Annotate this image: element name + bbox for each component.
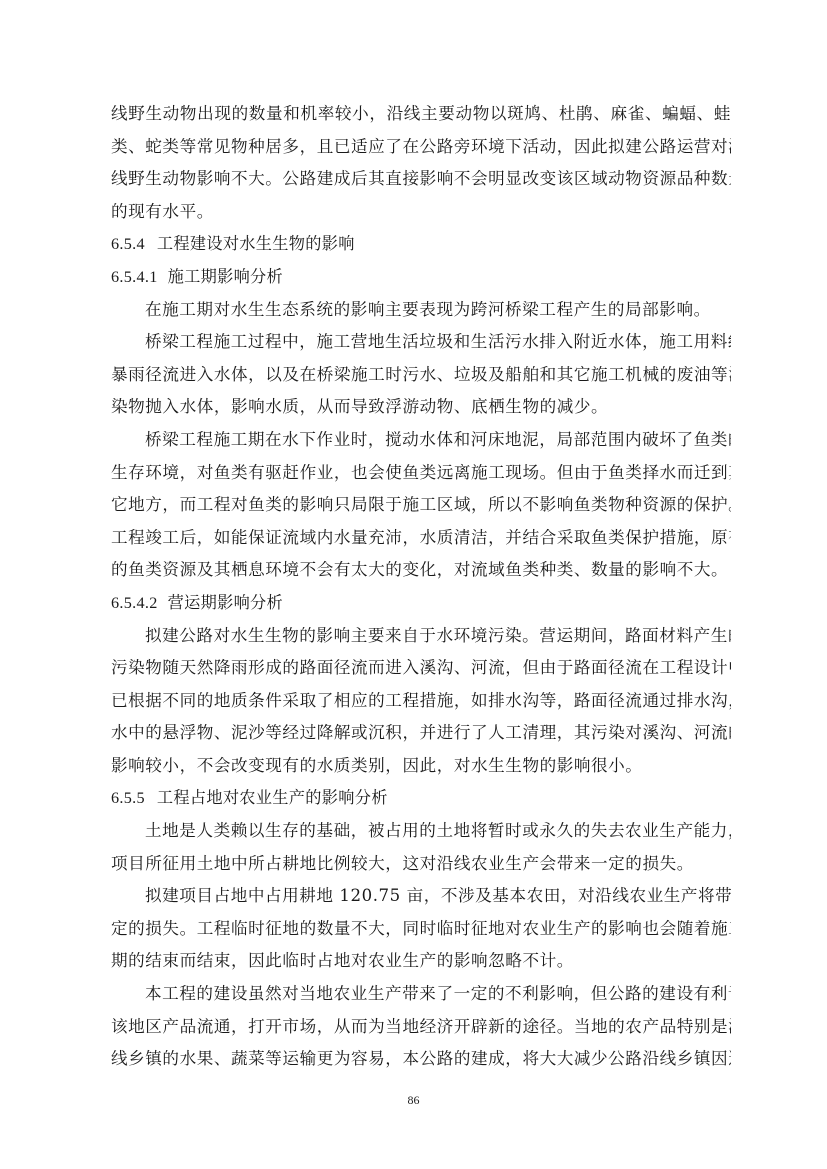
text-line: 类、蛇类等常见物种居多，且已适应了在公路旁环境下活动，因此拟建公路运营对沿 (111, 131, 731, 164)
text-line: 桥梁工程施工过程中，施工营地生活垃圾和生活污水排入附近水体，施工用料经 (111, 326, 731, 359)
text-line: 已根据不同的地质条件采取了相应的工程措施，如排水沟等，路面径流通过排水沟， (111, 685, 731, 718)
section-title: 施工期影响分析 (168, 267, 283, 286)
section-heading-6-5-4-2: 6.5.4.2营运期影响分析 (111, 587, 731, 620)
section-title: 营运期影响分析 (168, 593, 283, 612)
text-line: 染物抛入水体，影响水质，从而导致浮游动物、底栖生物的减少。 (111, 391, 731, 424)
text-line: 项目所征用土地中所占耕地比例较大，这对沿线农业生产会带来一定的损失。 (111, 848, 731, 881)
text-line: 本工程的建设虽然对当地农业生产带来了一定的不利影响，但公路的建设有利于 (111, 978, 731, 1011)
text-line: 污染物随天然降雨形成的路面径流而进入溪沟、河流，但由于路面径流在工程设计中 (111, 652, 731, 685)
paragraph-farmland-occupied: 拟建项目占地中占用耕地 120.75 亩，不涉及基本农田，对沿线农业生产将带来一… (111, 880, 731, 978)
text-line: 在施工期对水生生态系统的影响主要表现为跨河桥梁工程产生的局部影响。 (111, 294, 731, 327)
text-line: 桥梁工程施工期在水下作业时，搅动水体和河床地泥，局部范围内破坏了鱼类的 (111, 424, 731, 457)
text-line: 定的损失。工程临时征地的数量不大，同时临时征地对农业生产的影响也会随着施工 (111, 913, 731, 946)
section-heading-6-5-4: 6.5.4工程建设对水生生物的影响 (111, 228, 731, 261)
section-number: 6.5.5 (111, 789, 145, 807)
text-line: 生存环境，对鱼类有驱赶作业，也会使鱼类远离施工现场。但由于鱼类择水而迁到其 (111, 457, 731, 490)
section-heading-6-5-5: 6.5.5工程占地对农业生产的影响分析 (111, 782, 731, 815)
text-line: 线野生动物影响不大。公路建成后其直接影响不会明显改变该区域动物资源品种数量 (111, 163, 731, 196)
text-line: 影响较小，不会改变现有的水质类别，因此，对水生生物的影响很小。 (111, 750, 731, 783)
paragraph-operation-impact: 拟建公路对水生生物的影响主要来自于水环境污染。营运期间，路面材料产生的 污染物随… (111, 620, 731, 783)
section-title: 工程占地对农业生产的影响分析 (157, 788, 388, 807)
section-number: 6.5.4 (111, 235, 145, 253)
document-page: 线野生动物出现的数量和机率较小，沿线主要动物以斑鸠、杜鹃、麻雀、蝙蝠、蛙 类、蛇… (0, 0, 827, 1169)
text-line: 的现有水平。 (111, 196, 731, 229)
paragraph-wildlife-continued: 线野生动物出现的数量和机率较小，沿线主要动物以斑鸠、杜鹃、麻雀、蝙蝠、蛙 类、蛇… (111, 98, 731, 228)
paragraph-construction-overview: 在施工期对水生生态系统的影响主要表现为跨河桥梁工程产生的局部影响。 (111, 294, 731, 327)
section-heading-6-5-4-1: 6.5.4.1施工期影响分析 (111, 261, 731, 294)
section-title: 工程建设对水生生物的影响 (157, 234, 355, 253)
text-line: 水中的悬浮物、泥沙等经过降解或沉积，并进行了人工清理，其污染对溪沟、河流的 (111, 717, 731, 750)
text-line: 它地方，而工程对鱼类的影响只局限于施工区域，所以不影响鱼类物种资源的保护。 (111, 489, 731, 522)
paragraph-bridge-pollution: 桥梁工程施工过程中，施工营地生活垃圾和生活污水排入附近水体，施工用料经 暴雨径流… (111, 326, 731, 424)
text-line: 拟建项目占地中占用耕地 120.75 亩，不涉及基本农田，对沿线农业生产将带来一 (111, 880, 731, 913)
text-line: 土地是人类赖以生存的基础，被占用的土地将暂时或永久的失去农业生产能力， (111, 815, 731, 848)
text-line: 拟建公路对水生生物的影响主要来自于水环境污染。营运期间，路面材料产生的 (111, 620, 731, 653)
section-number: 6.5.4.1 (111, 268, 158, 286)
text-line: 工程竣工后，如能保证流域内水量充沛，水质清洁，并结合采取鱼类保护措施，原有 (111, 522, 731, 555)
text-line: 线乡镇的水果、蔬菜等运输更为容易，本公路的建成，将大大减少公路沿线乡镇因运 (111, 1043, 731, 1076)
page-body: 线野生动物出现的数量和机率较小，沿线主要动物以斑鸠、杜鹃、麻雀、蝙蝠、蛙 类、蛇… (111, 98, 731, 1076)
paragraph-fish-impact: 桥梁工程施工期在水下作业时，搅动水体和河床地泥，局部范围内破坏了鱼类的 生存环境… (111, 424, 731, 587)
text-line: 的鱼类资源及其栖息环境不会有太大的变化，对流域鱼类种类、数量的影响不大。 (111, 554, 731, 587)
text-line: 该地区产品流通，打开市场，从而为当地经济开辟新的途径。当地的农产品特别是沿 (111, 1011, 731, 1044)
text-line: 线野生动物出现的数量和机率较小，沿线主要动物以斑鸠、杜鹃、麻雀、蝙蝠、蛙 (111, 98, 731, 131)
section-number: 6.5.4.2 (111, 594, 158, 612)
text-line: 暴雨径流进入水体，以及在桥梁施工时污水、垃圾及船舶和其它施工机械的废油等污 (111, 359, 731, 392)
paragraph-land-basis: 土地是人类赖以生存的基础，被占用的土地将暂时或永久的失去农业生产能力， 项目所征… (111, 815, 731, 880)
page-number: 86 (0, 1093, 827, 1108)
paragraph-economic-benefit: 本工程的建设虽然对当地农业生产带来了一定的不利影响，但公路的建设有利于 该地区产… (111, 978, 731, 1076)
text-line: 期的结束而结束，因此临时占地对农业生产的影响忽略不计。 (111, 945, 731, 978)
